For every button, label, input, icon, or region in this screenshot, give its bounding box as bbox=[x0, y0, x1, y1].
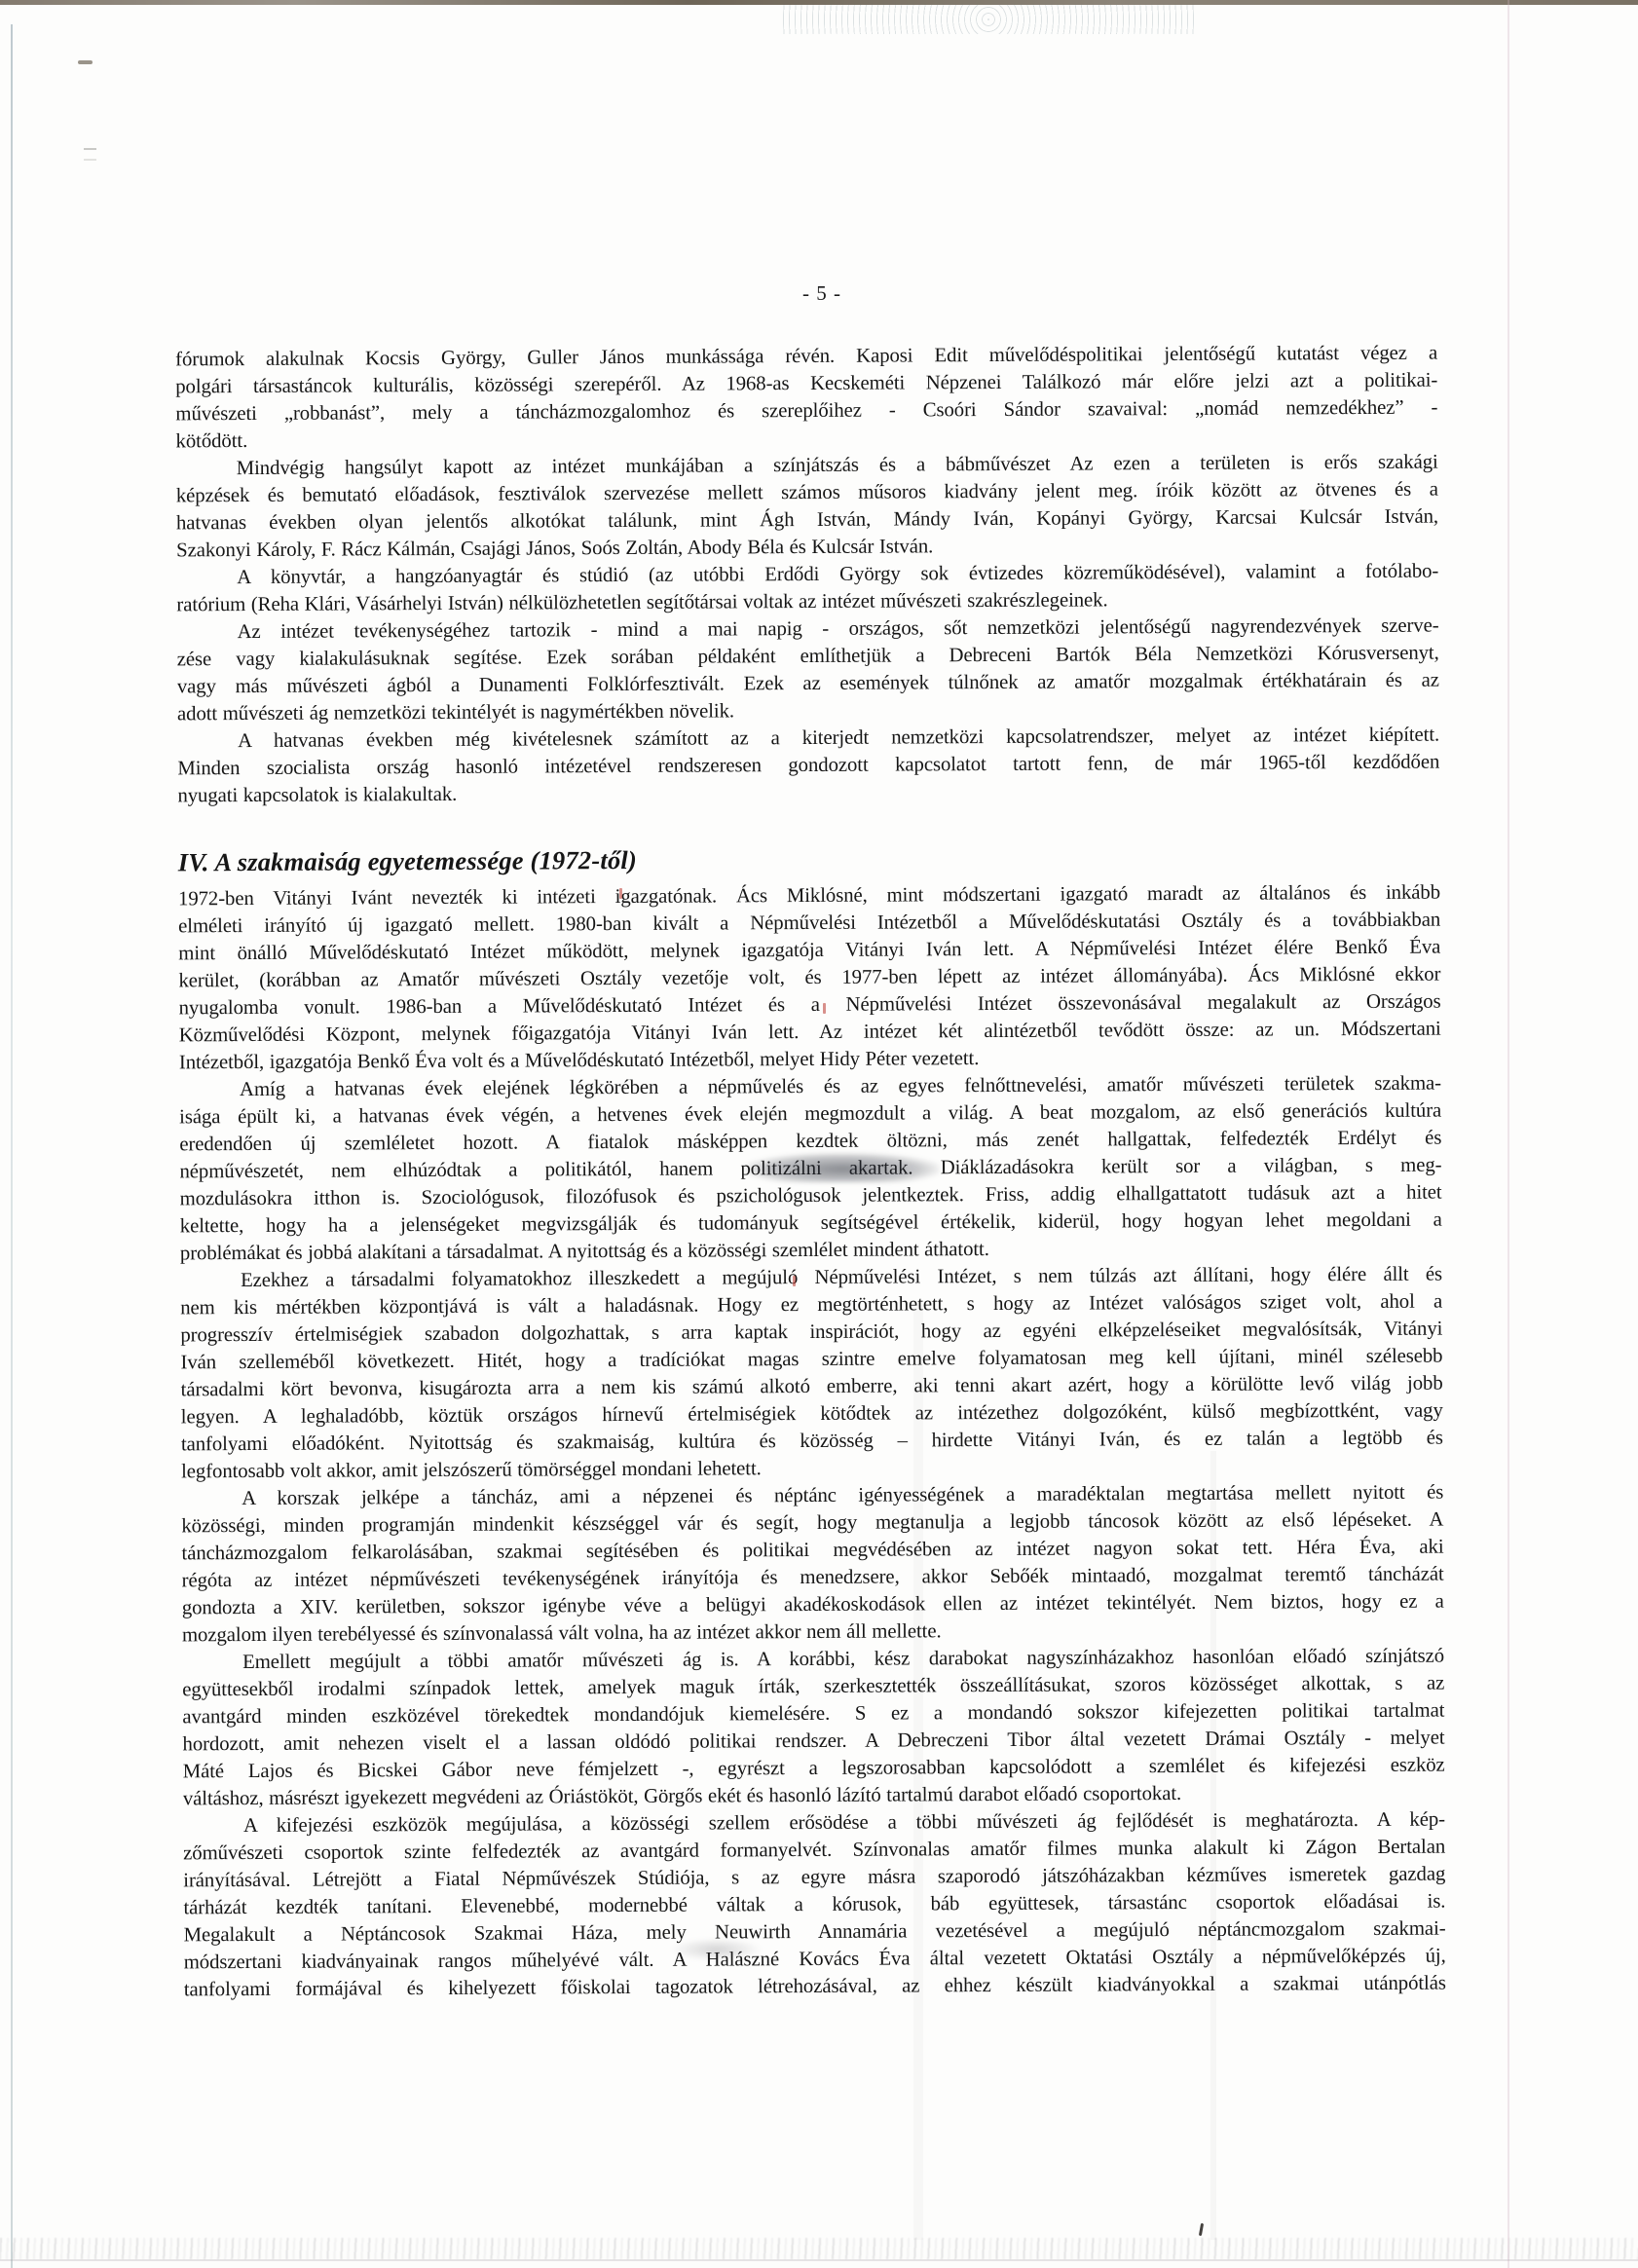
paragraph: A könyvtár, a hangzóanyagtár és stúdió (… bbox=[176, 558, 1438, 619]
scan-edge-bottom bbox=[0, 2259, 1638, 2261]
paragraph: Az intézet tevékenységéhez tartozik - mi… bbox=[176, 613, 1439, 728]
ink-smudge bbox=[745, 1153, 940, 1182]
paragraph: A hatvanas években még kivételesnek szám… bbox=[177, 722, 1439, 810]
scan-edge-right bbox=[1508, 0, 1509, 2268]
scan-mark-tick bbox=[1199, 2223, 1204, 2236]
paragraph: Mindvégig hangsúlyt kapott az intézet mu… bbox=[176, 449, 1439, 565]
paragraph: 1972-ben Vitányi Ivánt nevezték ki intéz… bbox=[178, 879, 1441, 1077]
paragraph: Emellett megújult a többi amatőr művésze… bbox=[182, 1643, 1445, 1813]
section-heading: IV. A szakmaiság egyetemessége (1972-től… bbox=[178, 839, 1440, 879]
text-line: nyugati kapcsolatok is kialakultak. bbox=[177, 776, 1439, 810]
scan-edge-left bbox=[11, 24, 13, 2268]
scan-mark-dash bbox=[78, 60, 93, 64]
scan-noise-bottom bbox=[0, 2238, 1638, 2259]
red-pen-mark bbox=[793, 1276, 796, 1286]
paragraph: Ezekhez a társadalmi folyamatokhoz illes… bbox=[180, 1261, 1443, 1486]
page-number: - 5 - bbox=[191, 281, 1453, 306]
scan-noise-top bbox=[779, 5, 1198, 34]
red-pen-mark bbox=[823, 1003, 826, 1014]
paragraph: A kifejezési eszközök megújulása, a közö… bbox=[183, 1806, 1446, 2004]
ink-smudge-light bbox=[670, 1938, 763, 1961]
scanned-document-page: { "page": { "number": "- 5 -" }, "blocks… bbox=[0, 0, 1638, 2268]
red-pen-mark bbox=[619, 888, 622, 899]
paragraph: A korszak jelképe a táncház, ami a népze… bbox=[181, 1479, 1444, 1650]
text-line: tanfolyami formájával és kihelyezett fői… bbox=[184, 1970, 1446, 2004]
paragraph: fórumok alakulnak Kocsis György, Guller … bbox=[175, 340, 1438, 456]
scan-mark-equals bbox=[84, 148, 96, 161]
